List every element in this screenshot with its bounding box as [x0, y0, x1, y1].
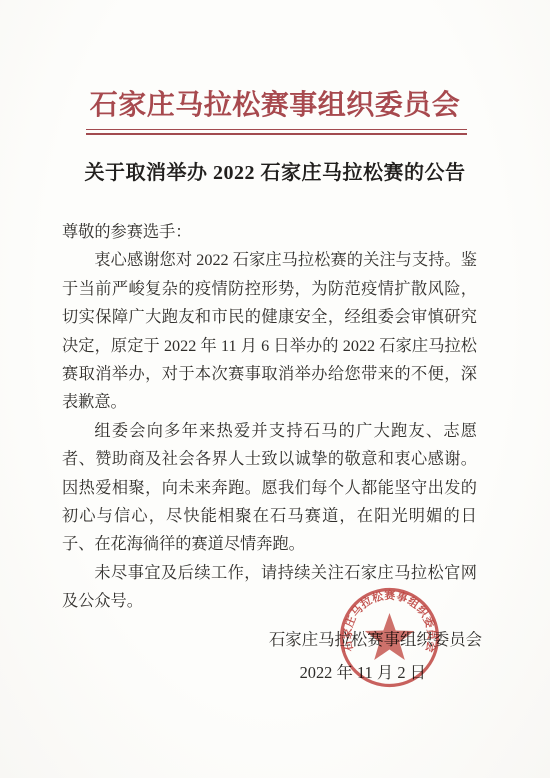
- document-page: 石家庄马拉松赛事组织委员会 关于取消举办 2022 石家庄马拉松赛的公告 尊敬的…: [0, 0, 550, 778]
- official-seal: 石家庄马拉松赛事组织委员会: [337, 585, 442, 690]
- announcement-body: 尊敬的参赛选手： 衷心感谢您对 2022 石家庄马拉松赛的关注与支持。鉴于当前严…: [62, 218, 477, 616]
- star-icon: [365, 613, 414, 660]
- announcement-title: 关于取消举办 2022 石家庄马拉松赛的公告: [0, 156, 550, 185]
- body-paragraph-2: 组委会向多年来热爱并支持石马的广大跑友、志愿者、赞助商及社会各界人士致以诚挚的敬…: [62, 417, 477, 559]
- body-paragraph-1: 衷心感谢您对 2022 石家庄马拉松赛的关注与支持。鉴于当前严峻复杂的疫情防控形…: [62, 246, 477, 416]
- salutation: 尊敬的参赛选手：: [62, 218, 477, 246]
- org-title: 石家庄马拉松赛事组织委员会: [0, 83, 550, 123]
- header-divider: [86, 129, 467, 135]
